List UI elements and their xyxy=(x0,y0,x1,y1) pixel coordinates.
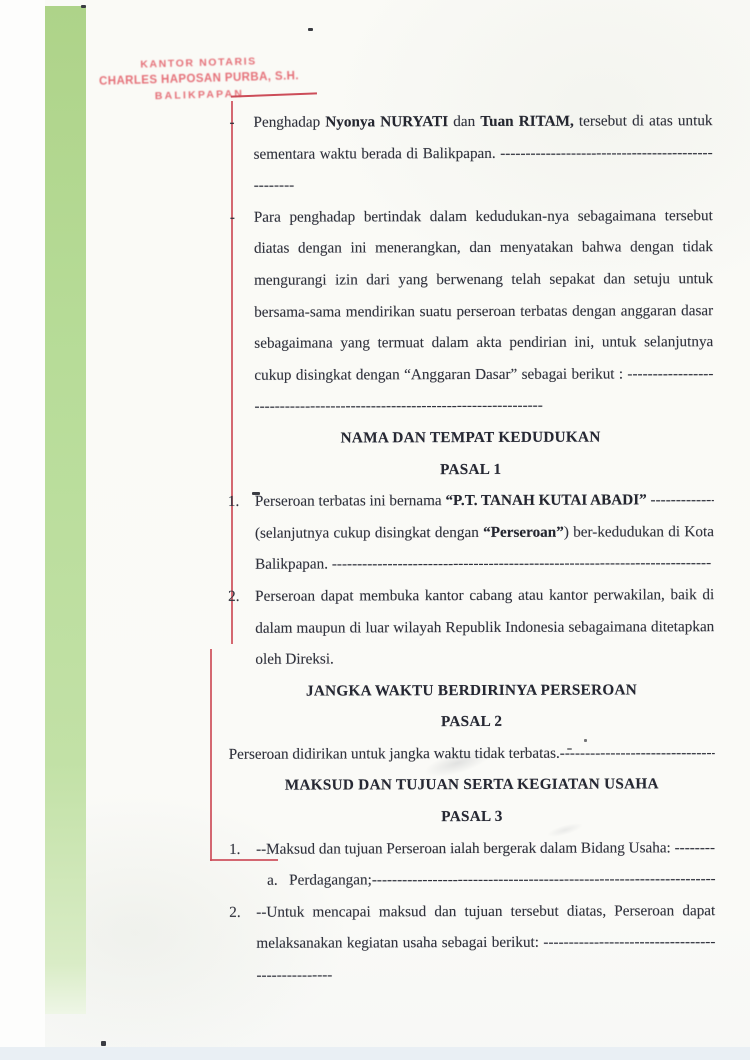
heading-pasal-3: PASAL 3 xyxy=(229,800,715,833)
ink-speck xyxy=(308,28,313,31)
item-1-continuation: (selanjutnya cukup disingkat dengan “Per… xyxy=(255,516,714,581)
ink-speck xyxy=(584,739,587,742)
perseroan-term: “Perseroan” xyxy=(483,523,564,540)
item-1-line1: Perseroan terbatas ini bernama “P.T. TAN… xyxy=(255,484,714,517)
notary-stamp: KANTOR NOTARIS CHARLES HAPOSAN PURBA, S.… xyxy=(93,54,304,104)
scanner-bottom-edge xyxy=(0,1047,750,1060)
n1-text2: (selanjutnya cukup disingkat dengan xyxy=(255,524,483,542)
item-1-maksud-tujuan: 1.--Maksud dan tujuan Perseroan ialah be… xyxy=(229,832,715,865)
scan-left-margin xyxy=(0,0,45,1060)
heading-maksud-tujuan: MAKSUD DAN TUJUAN SERTA KEGIATAN USAHA xyxy=(229,769,715,802)
p1-text2: dan xyxy=(448,113,480,130)
company-name: “P.T. TANAH KUTAI ABADI” xyxy=(445,492,646,510)
paragraph-penghadap: -Penghadap Nyonya NURYATI dan Tuan RITAM… xyxy=(226,105,712,201)
heading-jangka-waktu: JANGKA WAKTU BERDIRINYA PERSEROAN xyxy=(228,674,714,707)
heading-pasal-1: PASAL 1 xyxy=(228,453,714,486)
item-number: 1. xyxy=(229,833,241,865)
red-margin-line-lower xyxy=(210,649,212,861)
n1-text: Perseroan terbatas ini bernama xyxy=(255,492,446,510)
stamp-notary-name: CHARLES HAPOSAN PURBA, S.H. xyxy=(94,70,304,88)
dash-filler: ----------------------------------------… xyxy=(332,554,711,572)
green-edge-strip xyxy=(45,6,86,1014)
ink-speck xyxy=(101,1041,106,1046)
dash-filler: --------------------- xyxy=(647,491,714,508)
subitem-a-perdagangan: a.Perdagangan;--------------------------… xyxy=(229,863,715,896)
p3-text: Perseroan didirikan untuk jangka waktu t… xyxy=(229,745,560,763)
p1-name-ritam: Tuan RITAM, xyxy=(480,113,573,130)
item-number: 2. xyxy=(228,581,240,613)
item-number: 1. xyxy=(228,486,240,518)
heading-nama-tempat-kedudukan: NAMA DAN TEMPAT KEDUDUKAN xyxy=(228,421,714,454)
stamp-office-line: KANTOR NOTARIS xyxy=(93,54,303,72)
dash-filler: ----------------------------------------… xyxy=(372,870,715,888)
subitem-letter: a. xyxy=(267,865,278,897)
p1-text: Penghadap xyxy=(253,114,325,131)
bullet-dash: - xyxy=(229,107,234,139)
dash-filler: ------------------------------------ xyxy=(560,744,715,762)
suba-text: Perdagangan; xyxy=(289,872,372,889)
p2-text: Para penghadap bertindak dalam kedudukan… xyxy=(254,207,713,384)
bullet-dash: - xyxy=(230,202,235,234)
n2-text: Perseroan dapat membuka kantor cabang at… xyxy=(255,586,714,668)
p1-name-nuryati: Nyonya NURYATI xyxy=(325,113,448,130)
scanned-page: KANTOR NOTARIS CHARLES HAPOSAN PURBA, S.… xyxy=(0,0,750,1060)
ink-speck xyxy=(567,748,572,750)
heading-pasal-2: PASAL 2 xyxy=(229,705,715,738)
dash-filler: ------------------------ xyxy=(675,839,716,856)
item-2-kegiatan-usaha: 2.--Untuk mencapai maksud dan tujuan ter… xyxy=(229,895,715,991)
item-1-nama-perseroan: 1. Perseroan terbatas ini bernama “P.T. … xyxy=(228,484,714,580)
ink-speck xyxy=(81,5,86,8)
ink-speck xyxy=(252,492,260,495)
deed-text-block: -Penghadap Nyonya NURYATI dan Tuan RITAM… xyxy=(226,105,715,991)
n3-text: --Maksud dan tujuan Perseroan ialah berg… xyxy=(256,839,675,857)
paragraph-para-penghadap: -Para penghadap bertindak dalam keduduka… xyxy=(227,200,714,423)
item-number: 2. xyxy=(229,897,241,929)
item-2-kantor-cabang: 2.Perseroan dapat membuka kantor cabang … xyxy=(228,579,714,675)
